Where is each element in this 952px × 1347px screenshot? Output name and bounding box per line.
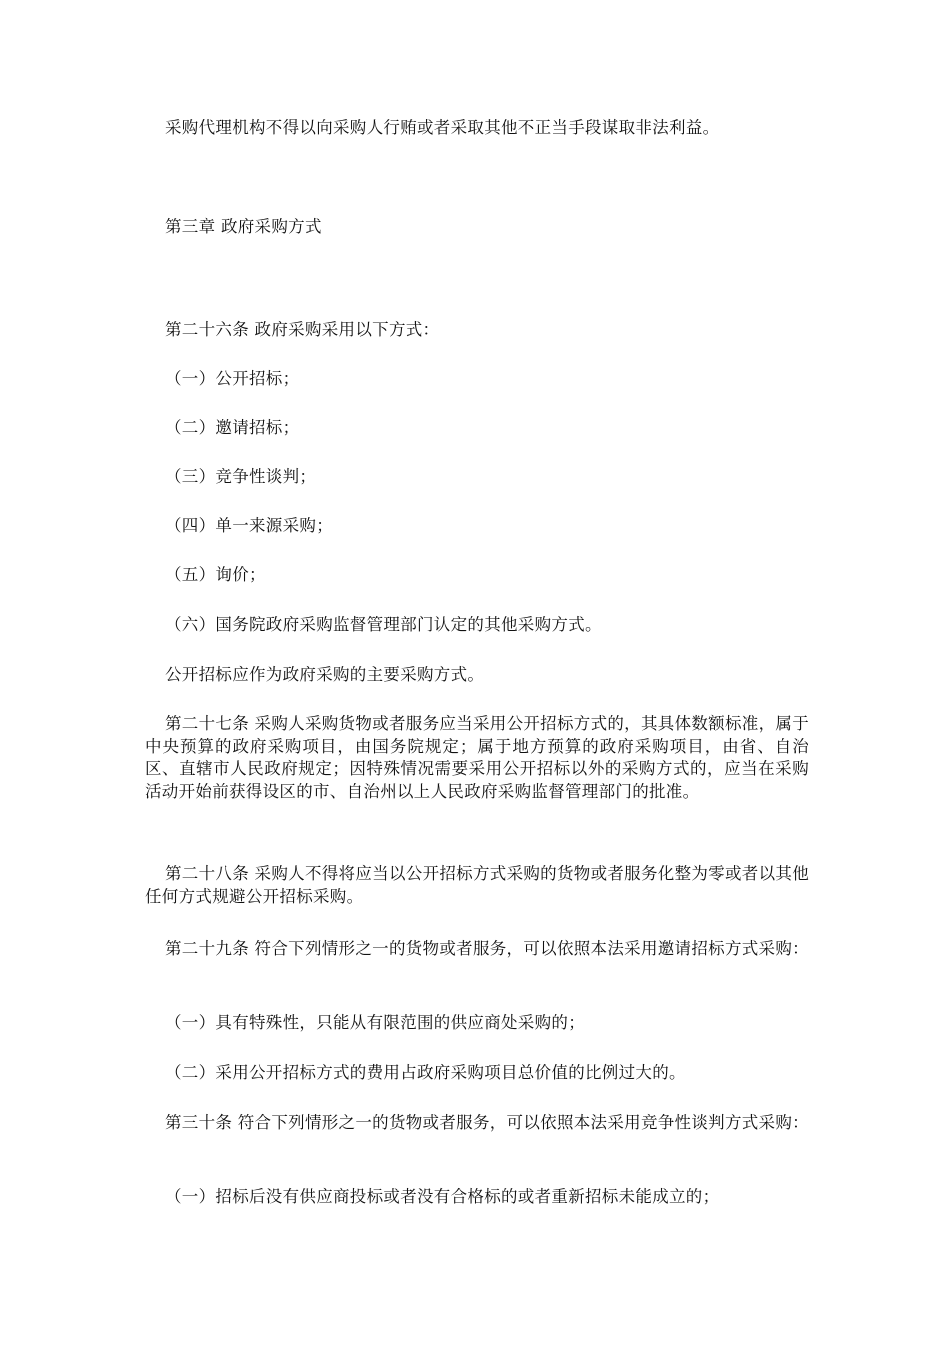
- article-30-item-1: （一）招标后没有供应商投标或者没有合格标的或者重新招标未能成立的；: [165, 1186, 719, 1208]
- article-27: 第二十七条 采购人采购货物或者服务应当采用公开招标方式的，其具体数额标准，属于中…: [145, 713, 809, 803]
- chapter-heading: 第三章 政府采购方式: [165, 216, 322, 238]
- article-29-item-1: （一）具有特殊性，只能从有限范围的供应商处采购的；: [165, 1012, 585, 1034]
- paragraph-agency-prohibition: 采购代理机构不得以向采购人行贿或者采取其他不正当手段谋取非法利益。: [165, 117, 719, 139]
- article-26-item-3: （三）竞争性谈判；: [165, 466, 316, 488]
- article-26-item-5: （五）询价；: [165, 564, 266, 586]
- article-29-item-2: （二）采用公开招标方式的费用占政府采购项目总价值的比例过大的。: [165, 1062, 686, 1084]
- article-28: 第二十八条 采购人不得将应当以公开招标方式采购的货物或者服务化整为零或者以其他任…: [145, 863, 809, 908]
- article-29: 第二十九条 符合下列情形之一的货物或者服务，可以依照本法采用邀请招标方式采购：: [145, 938, 809, 961]
- article-26-item-6: （六）国务院政府采购监督管理部门认定的其他采购方式。: [165, 614, 602, 636]
- article-30: 第三十条 符合下列情形之一的货物或者服务，可以依照本法采用竞争性谈判方式采购：: [145, 1112, 809, 1135]
- article-26-item-4: （四）单一来源采购；: [165, 515, 333, 537]
- article-26-item-2: （二）邀请招标；: [165, 417, 299, 439]
- article-26-item-1: （一）公开招标；: [165, 368, 299, 390]
- article-26-heading: 第二十六条 政府采购采用以下方式：: [165, 319, 439, 341]
- article-26-note: 公开招标应作为政府采购的主要采购方式。: [165, 664, 484, 686]
